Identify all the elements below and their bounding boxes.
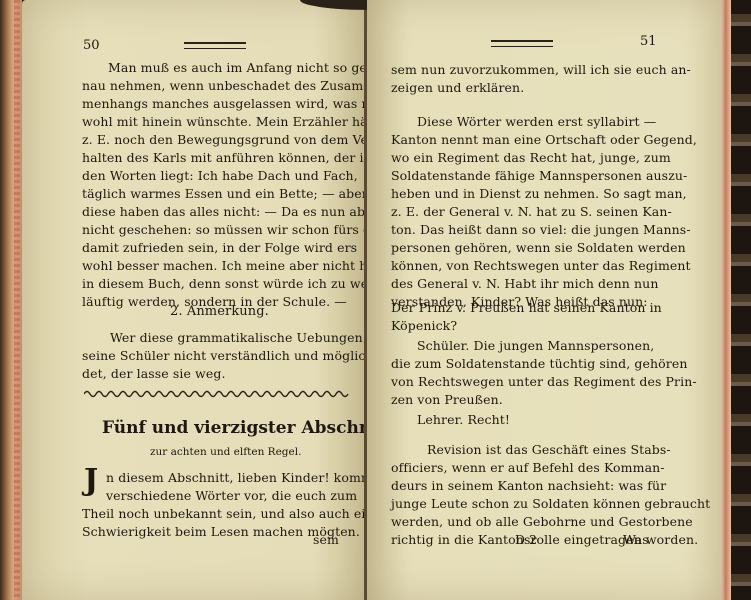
text-line: Wer diese grammatikalische Uebungen für bbox=[110, 330, 386, 345]
text-line: Revision ist das Geschäft eines Stabs- bbox=[427, 442, 671, 457]
text-line: des General v. N. Habt ihr mich denn nun bbox=[391, 276, 658, 291]
text-line: sem nun zuvorzukommen, will ich sie euch… bbox=[391, 62, 691, 77]
catchword-right: Was bbox=[623, 532, 649, 547]
text-line: ton. Das heißt dann so viel: die jungen … bbox=[391, 222, 691, 237]
text-line: können, von Rechtswegen unter das Regime… bbox=[391, 258, 691, 273]
header-rule-right bbox=[491, 40, 553, 47]
text-line: damit zufrieden sein, in der Folge wird … bbox=[82, 240, 357, 255]
teacher-line: Lehrer. Recht! bbox=[417, 412, 510, 427]
note-heading: 2. Anmerkung. bbox=[170, 304, 269, 319]
text-line: officiers, wenn er auf Befehl des Komman… bbox=[391, 460, 665, 475]
text-line: Diese Wörter werden erst syllabirt — bbox=[417, 114, 656, 129]
signature-mark: D 2 bbox=[515, 532, 537, 547]
text-line: Kanton nennt man eine Ortschaft oder Geg… bbox=[391, 132, 697, 147]
text-line: werden, und ob alle Gebohrne und Gestorb… bbox=[391, 514, 693, 529]
header-rule-left bbox=[184, 42, 246, 49]
text-line: von Rechtswegen unter das Regiment des P… bbox=[391, 374, 697, 389]
book-cover-right bbox=[731, 0, 751, 600]
text-line: zeigen und erklären. bbox=[391, 80, 524, 95]
text-line: den Worten liegt: Ich habe Dach und Fach… bbox=[82, 168, 358, 183]
book-photo: 50 Man muß es auch im Anfang nicht so ge… bbox=[0, 0, 751, 600]
text-line: täglich warmes Essen und ein Bette; — ab… bbox=[82, 186, 368, 201]
text-line: wo ein Regiment das Recht hat, junge, zu… bbox=[391, 150, 671, 165]
wavy-divider bbox=[84, 389, 352, 399]
red-page-edge-left bbox=[14, 0, 20, 600]
text-line: nau nehmen, wenn unbeschadet des Zusam- bbox=[82, 78, 368, 93]
text-line: zen von Preußen. bbox=[391, 392, 503, 407]
text-line: nicht geschehen: so müssen wir schon für… bbox=[82, 222, 396, 237]
text-line: Schüler. Die jungen Mannspersonen, bbox=[417, 338, 654, 353]
text-line: diese haben das alles nicht: — Da es nun… bbox=[82, 204, 379, 219]
text-line: personen gehören, wenn sie Soldaten werd… bbox=[391, 240, 686, 255]
text-line: z. E. der General v. N. hat zu S. seinen… bbox=[391, 204, 672, 219]
text-line: halten des Karls mit anführen können, de… bbox=[82, 150, 372, 165]
drop-cap: J bbox=[84, 466, 98, 496]
red-page-edge-right bbox=[722, 0, 731, 600]
text-line: det, der lasse sie weg. bbox=[82, 366, 226, 381]
text-line: Schwierigkeit beim Lesen machen mögten. … bbox=[82, 524, 390, 539]
text-line: seine Schüler nicht verständlich und mög… bbox=[82, 348, 399, 363]
text-line: wohl besser machen. Ich meine aber nicht… bbox=[82, 258, 385, 273]
text-line: heben und in Dienst zu nehmen. So sagt m… bbox=[391, 186, 687, 201]
right-page: 51 sem nun zuvorzukommen, will ich sie e… bbox=[367, 0, 722, 600]
text-line: verschiedene Wörter vor, die euch zum bbox=[106, 488, 357, 503]
text-line: Man muß es auch im Anfang nicht so ge- bbox=[108, 60, 371, 75]
section-subtitle: zur achten und elften Regel. bbox=[150, 446, 301, 458]
left-page: 50 Man muß es auch im Anfang nicht so ge… bbox=[22, 0, 365, 600]
text-line: Köpenick? bbox=[391, 318, 457, 333]
text-line: n diesem Abschnitt, lieben Kinder! komme… bbox=[106, 470, 389, 485]
text-line: die zum Soldatenstande tüchtig sind, geh… bbox=[391, 356, 688, 371]
catchword-left: sem bbox=[313, 532, 339, 547]
text-line: deurs in seinem Kanton nachsieht: was fü… bbox=[391, 478, 666, 493]
section-title: Fünf und vierzigster Abschnitt, bbox=[102, 418, 399, 438]
text-line: Soldatenstande fähige Mannspersonen ausz… bbox=[391, 168, 687, 183]
text-line: richtig in die Kantonsrolle eingetragen … bbox=[391, 532, 698, 547]
text-line: menhangs manches ausgelassen wird, was m… bbox=[82, 96, 389, 111]
page-number-right: 51 bbox=[640, 34, 657, 49]
text-line: junge Leute schon zu Soldaten können geb… bbox=[391, 496, 710, 511]
page-number-left: 50 bbox=[83, 38, 100, 53]
text-line: Theil noch unbekannt sein, und also auch… bbox=[82, 506, 393, 521]
text-line: wohl mit hinein wünschte. Mein Erzähler … bbox=[82, 114, 385, 129]
text-line: in diesem Buch, denn sonst würde ich zu … bbox=[82, 276, 382, 291]
text-line: z. E. noch den Bewegungsgrund von dem Ve… bbox=[82, 132, 378, 147]
text-line: Der Prinz v. Preußen hat seinen Kanton i… bbox=[391, 300, 662, 315]
